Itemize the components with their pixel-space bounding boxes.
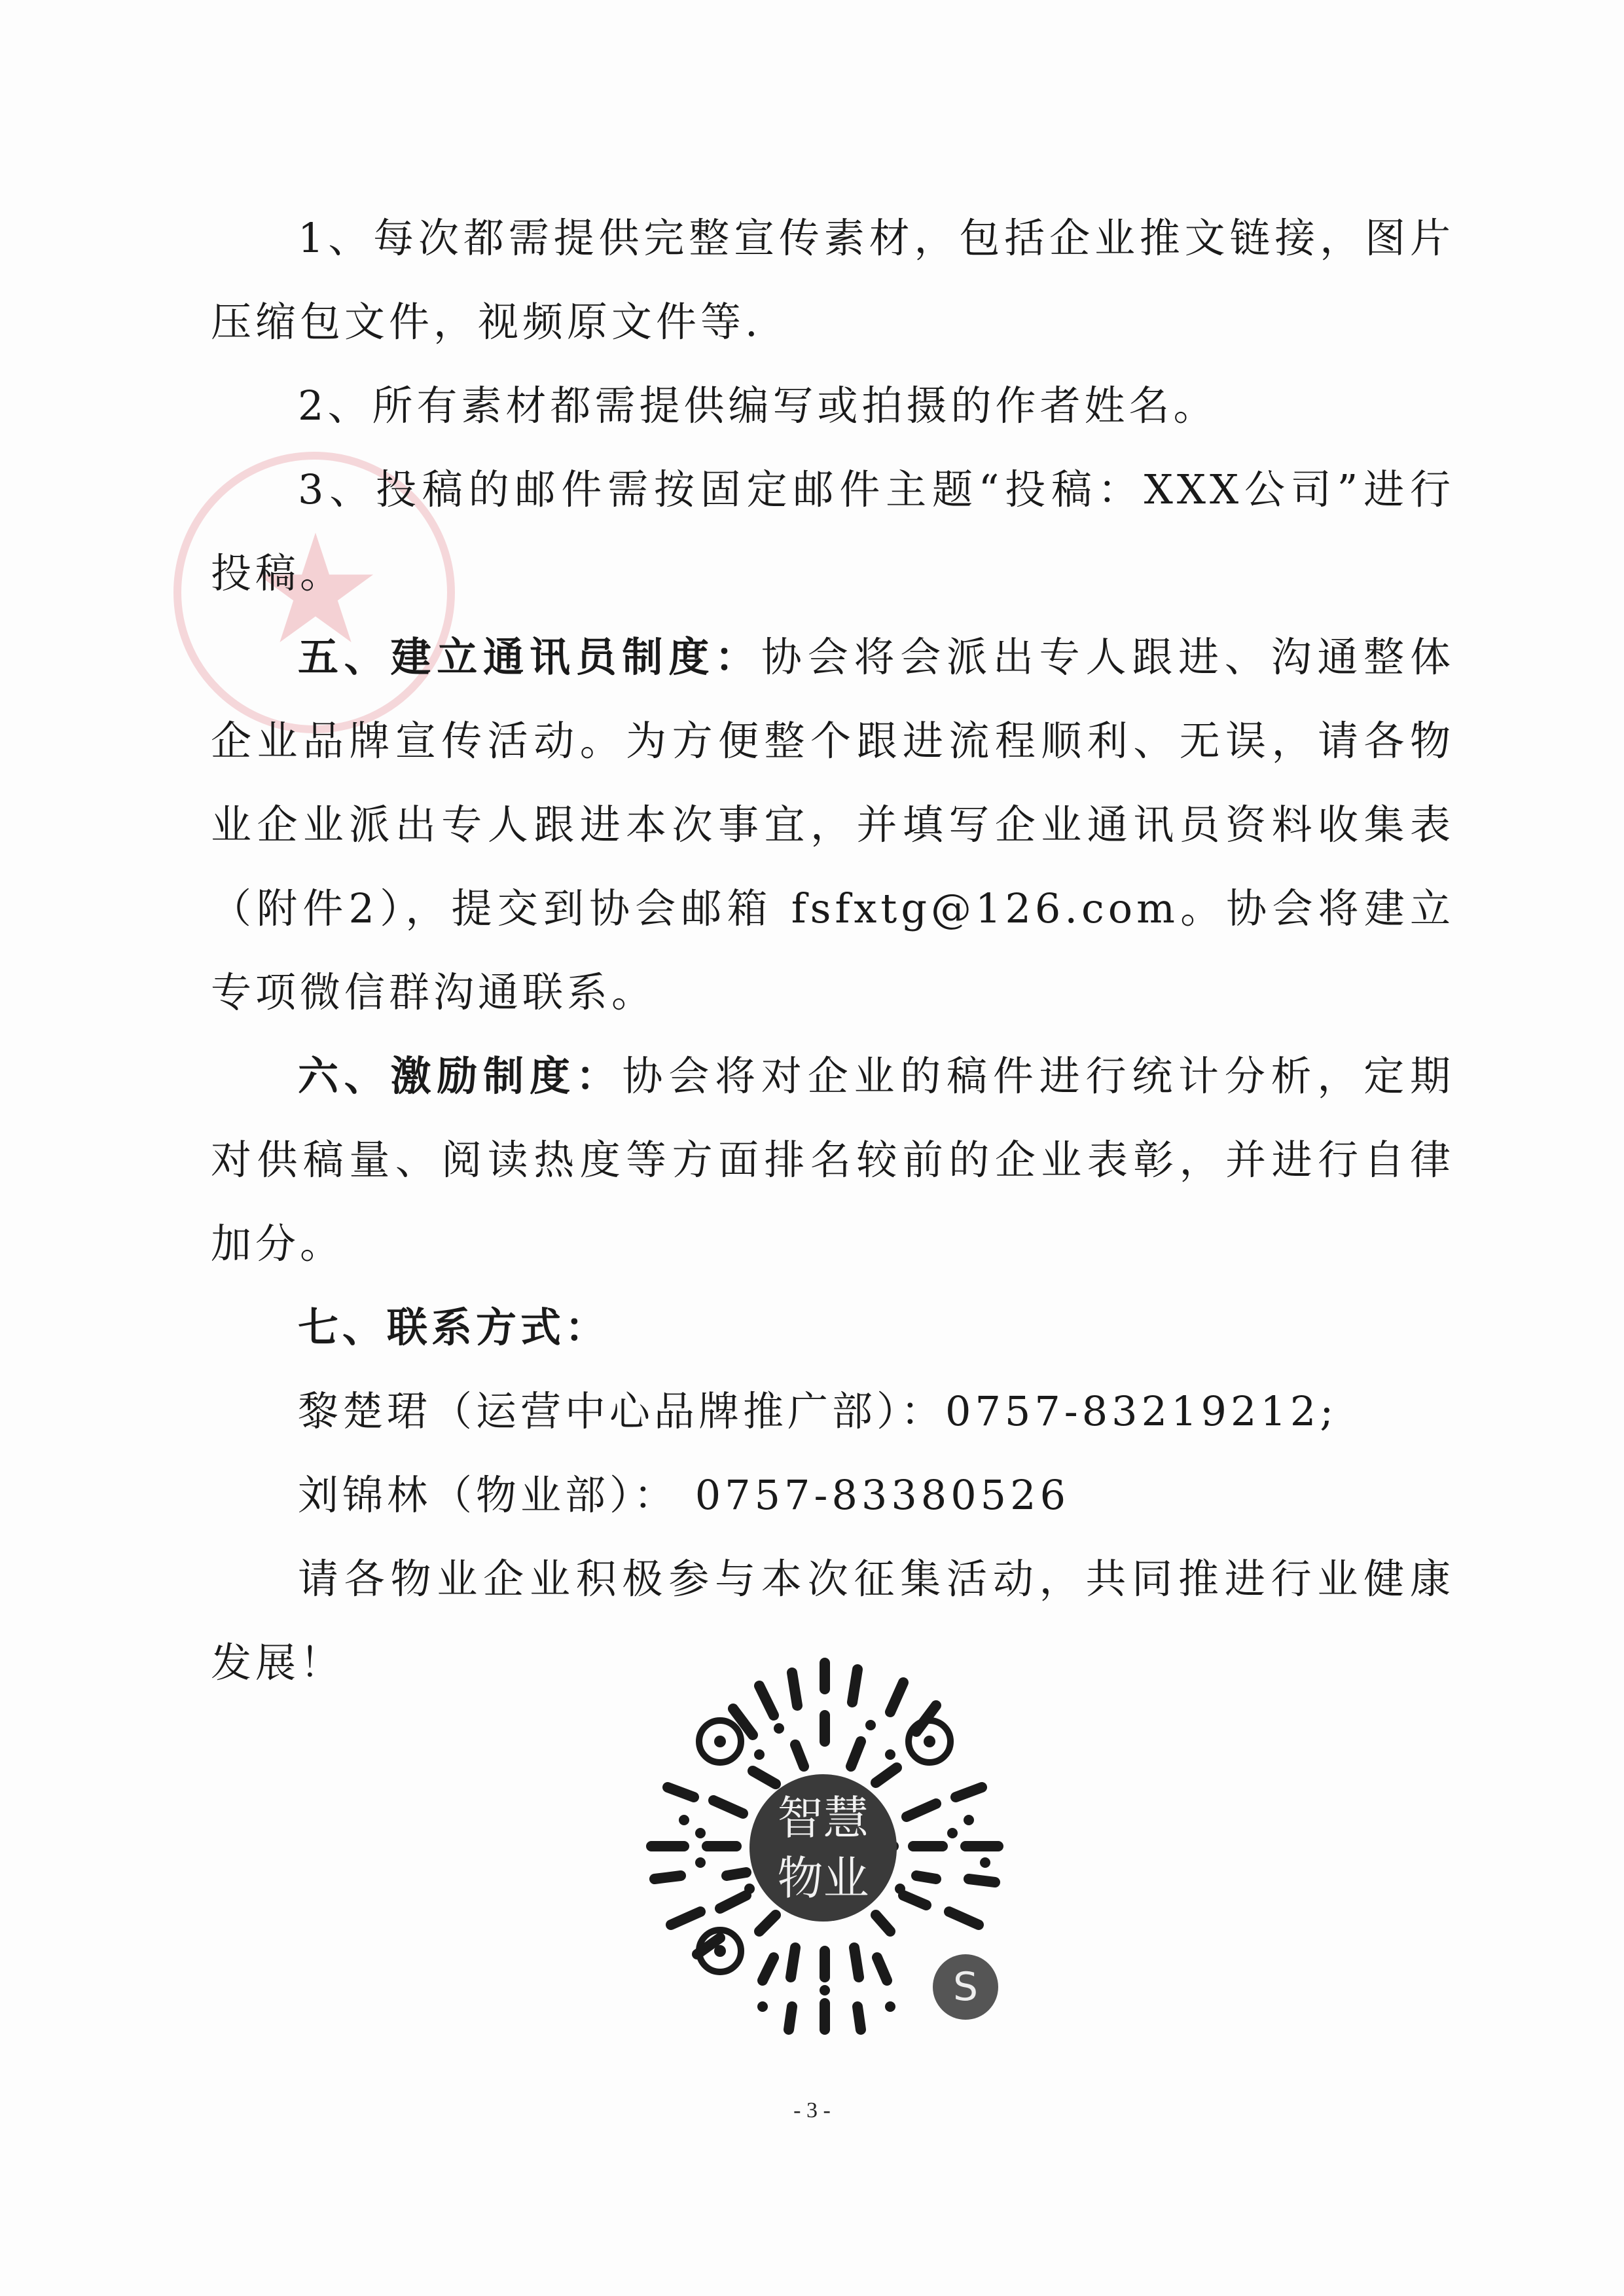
section-6-heading: 六、激励制度：	[298, 1052, 623, 1100]
qr-center-logo: 智慧 物业	[749, 1774, 897, 1922]
qr-logo-line-1: 智慧	[749, 1788, 897, 1848]
section-7-heading-paragraph: 七、联系方式：	[211, 1286, 1454, 1370]
section-7-heading: 七、联系方式：	[298, 1303, 609, 1351]
mini-program-qr-code: 智慧 物业 S	[628, 1650, 1021, 2043]
qr-logo-line-2: 物业	[749, 1848, 897, 1908]
section-6-paragraph: 六、激励制度：协会将对企业的稿件进行统计分析，定期对供稿量、阅读热度等方面排名较…	[211, 1034, 1454, 1286]
contact-2: 刘锦林（物业部）： 0757-83380526	[211, 1453, 1454, 1537]
page-number: - 3 -	[0, 2098, 1624, 2123]
section-5-heading: 五、建立通讯员制度：	[298, 633, 761, 681]
document-body: 1、每次都需提供完整宣传素材，包括企业推文链接，图片压缩包文件，视频原文件等. …	[211, 196, 1454, 1705]
list-item-2: 2、所有素材都需提供编写或拍摄的作者姓名。	[211, 364, 1454, 448]
section-5-paragraph: 五、建立通讯员制度：协会将会派出专人跟进、沟通整体企业品牌宣传活动。为方便整个跟…	[211, 615, 1454, 1034]
list-item-1: 1、每次都需提供完整宣传素材，包括企业推文链接，图片压缩包文件，视频原文件等.	[211, 196, 1454, 364]
contact-1: 黎楚珺（运营中心品牌推广部）：0757-83219212;	[211, 1370, 1454, 1453]
mini-program-icon: S	[933, 1954, 998, 2020]
section-5-body: 协会将会派出专人跟进、沟通整体企业品牌宣传活动。为方便整个跟进流程顺利、无误，请…	[211, 633, 1454, 1016]
document-page: ★ 1、每次都需提供完整宣传素材，包括企业推文链接，图片压缩包文件，视频原文件等…	[0, 0, 1624, 2296]
list-item-3: 3、投稿的邮件需按固定邮件主题“投稿：XXX公司”进行投稿。	[211, 448, 1454, 615]
